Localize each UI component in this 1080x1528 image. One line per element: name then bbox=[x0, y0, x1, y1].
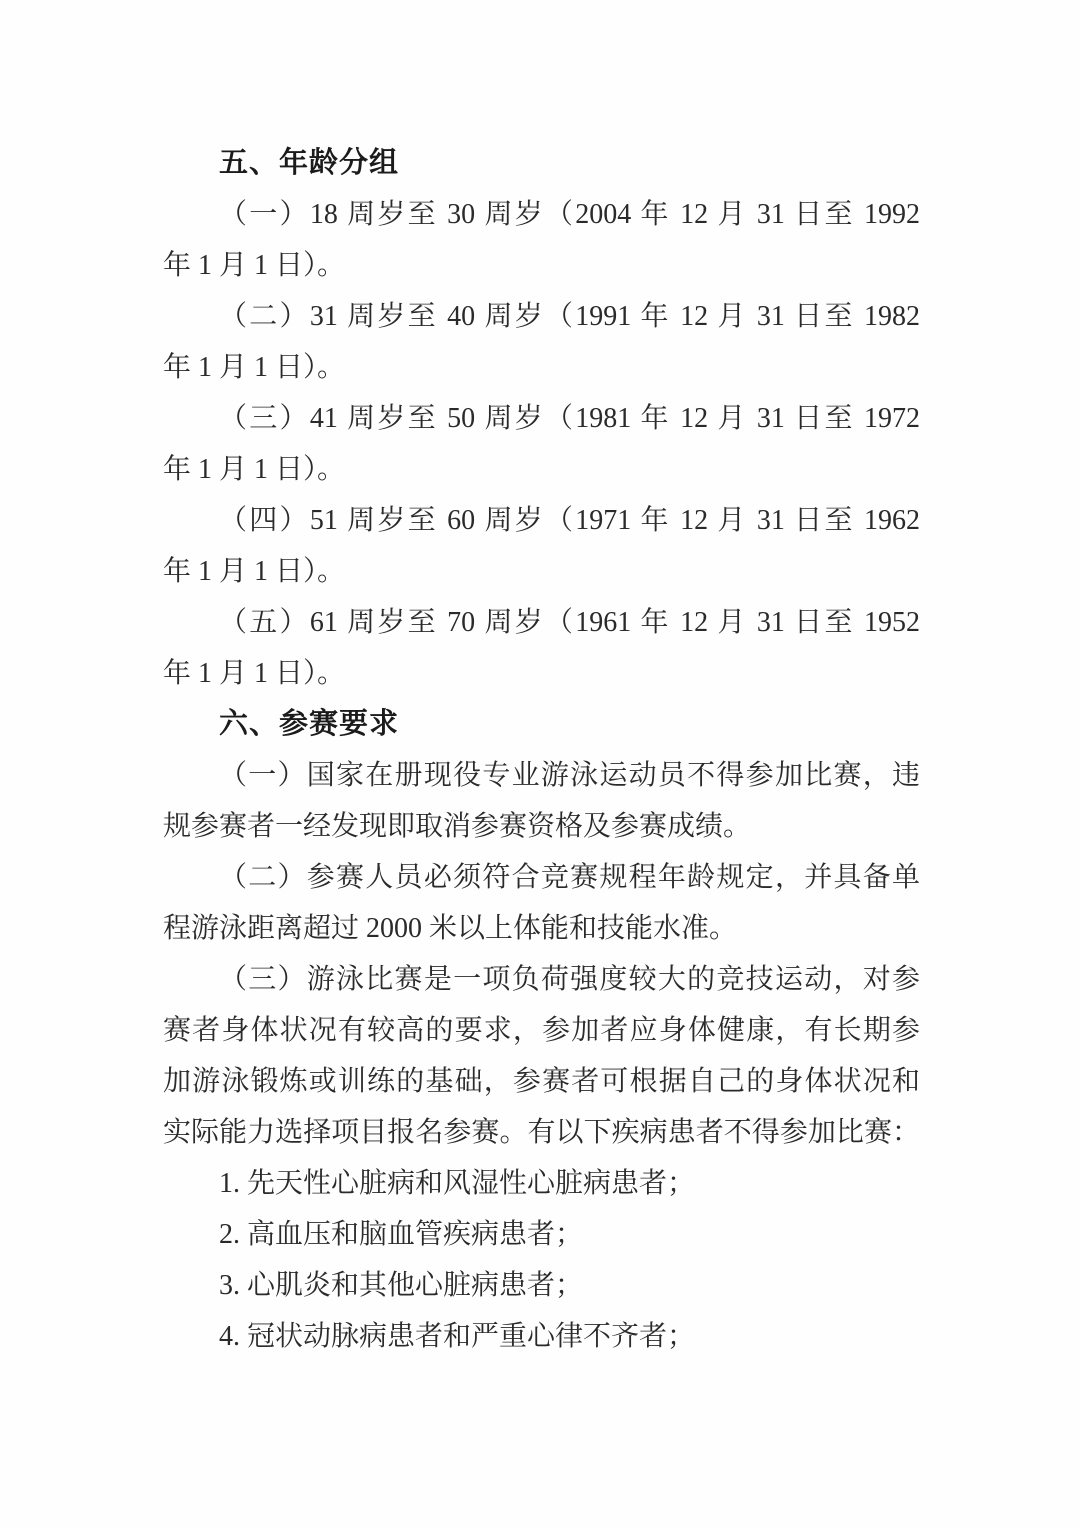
age-group-5-line-2: 年 1 月 1 日）。 bbox=[163, 648, 920, 699]
age-group-3-line-1: （三）41 周岁至 50 周岁（1981 年 12 月 31 日至 1972 bbox=[163, 393, 920, 444]
requirement-3-line-4: 实际能力选择项目报名参赛。有以下疾病患者不得参加比赛： bbox=[163, 1107, 920, 1158]
requirement-1-line-2: 规参赛者一经发现即取消参赛资格及参赛成绩。 bbox=[163, 801, 920, 852]
requirement-2-line-2: 程游泳距离超过 2000 米以上体能和技能水准。 bbox=[163, 903, 920, 954]
age-group-4-line-1: （四）51 周岁至 60 周岁（1971 年 12 月 31 日至 1962 bbox=[163, 495, 920, 546]
section-age-groups: 五、年龄分组 （一）18 周岁至 30 周岁（2004 年 12 月 31 日至… bbox=[163, 138, 920, 699]
age-group-2-line-1: （二）31 周岁至 40 周岁（1991 年 12 月 31 日至 1982 bbox=[163, 291, 920, 342]
section-requirements: 六、参赛要求 （一）国家在册现役专业游泳运动员不得参加比赛，违 规参赛者一经发现… bbox=[163, 699, 920, 1362]
age-group-5-line-1: （五）61 周岁至 70 周岁（1961 年 12 月 31 日至 1952 bbox=[163, 597, 920, 648]
requirement-2-line-1: （二）参赛人员必须符合竞赛规程年龄规定，并具备单 bbox=[163, 852, 920, 903]
disease-list-item-1: 1. 先天性心脏病和风湿性心脏病患者； bbox=[163, 1158, 920, 1209]
age-group-1-line-2: 年 1 月 1 日）。 bbox=[163, 240, 920, 291]
disease-list-item-4: 4. 冠状动脉病患者和严重心律不齐者； bbox=[163, 1311, 920, 1362]
age-group-3-line-2: 年 1 月 1 日）。 bbox=[163, 444, 920, 495]
age-group-2-line-2: 年 1 月 1 日）。 bbox=[163, 342, 920, 393]
requirement-3-line-1: （三）游泳比赛是一项负荷强度较大的竞技运动，对参 bbox=[163, 954, 920, 1005]
disease-list-item-2: 2. 高血压和脑血管疾病患者； bbox=[163, 1209, 920, 1260]
age-group-1-line-1: （一）18 周岁至 30 周岁（2004 年 12 月 31 日至 1992 bbox=[163, 189, 920, 240]
requirement-3-line-3: 加游泳锻炼或训练的基础，参赛者可根据自己的身体状况和 bbox=[163, 1056, 920, 1107]
disease-list-item-3: 3. 心肌炎和其他心脏病患者； bbox=[163, 1260, 920, 1311]
requirement-1-line-1: （一）国家在册现役专业游泳运动员不得参加比赛，违 bbox=[163, 750, 920, 801]
requirement-3-line-2: 赛者身体状况有较高的要求，参加者应身体健康，有长期参 bbox=[163, 1005, 920, 1056]
age-group-4-line-2: 年 1 月 1 日）。 bbox=[163, 546, 920, 597]
section-5-heading: 五、年龄分组 bbox=[163, 138, 920, 189]
document-page: 五、年龄分组 （一）18 周岁至 30 周岁（2004 年 12 月 31 日至… bbox=[0, 0, 1080, 1528]
section-6-heading: 六、参赛要求 bbox=[163, 699, 920, 750]
